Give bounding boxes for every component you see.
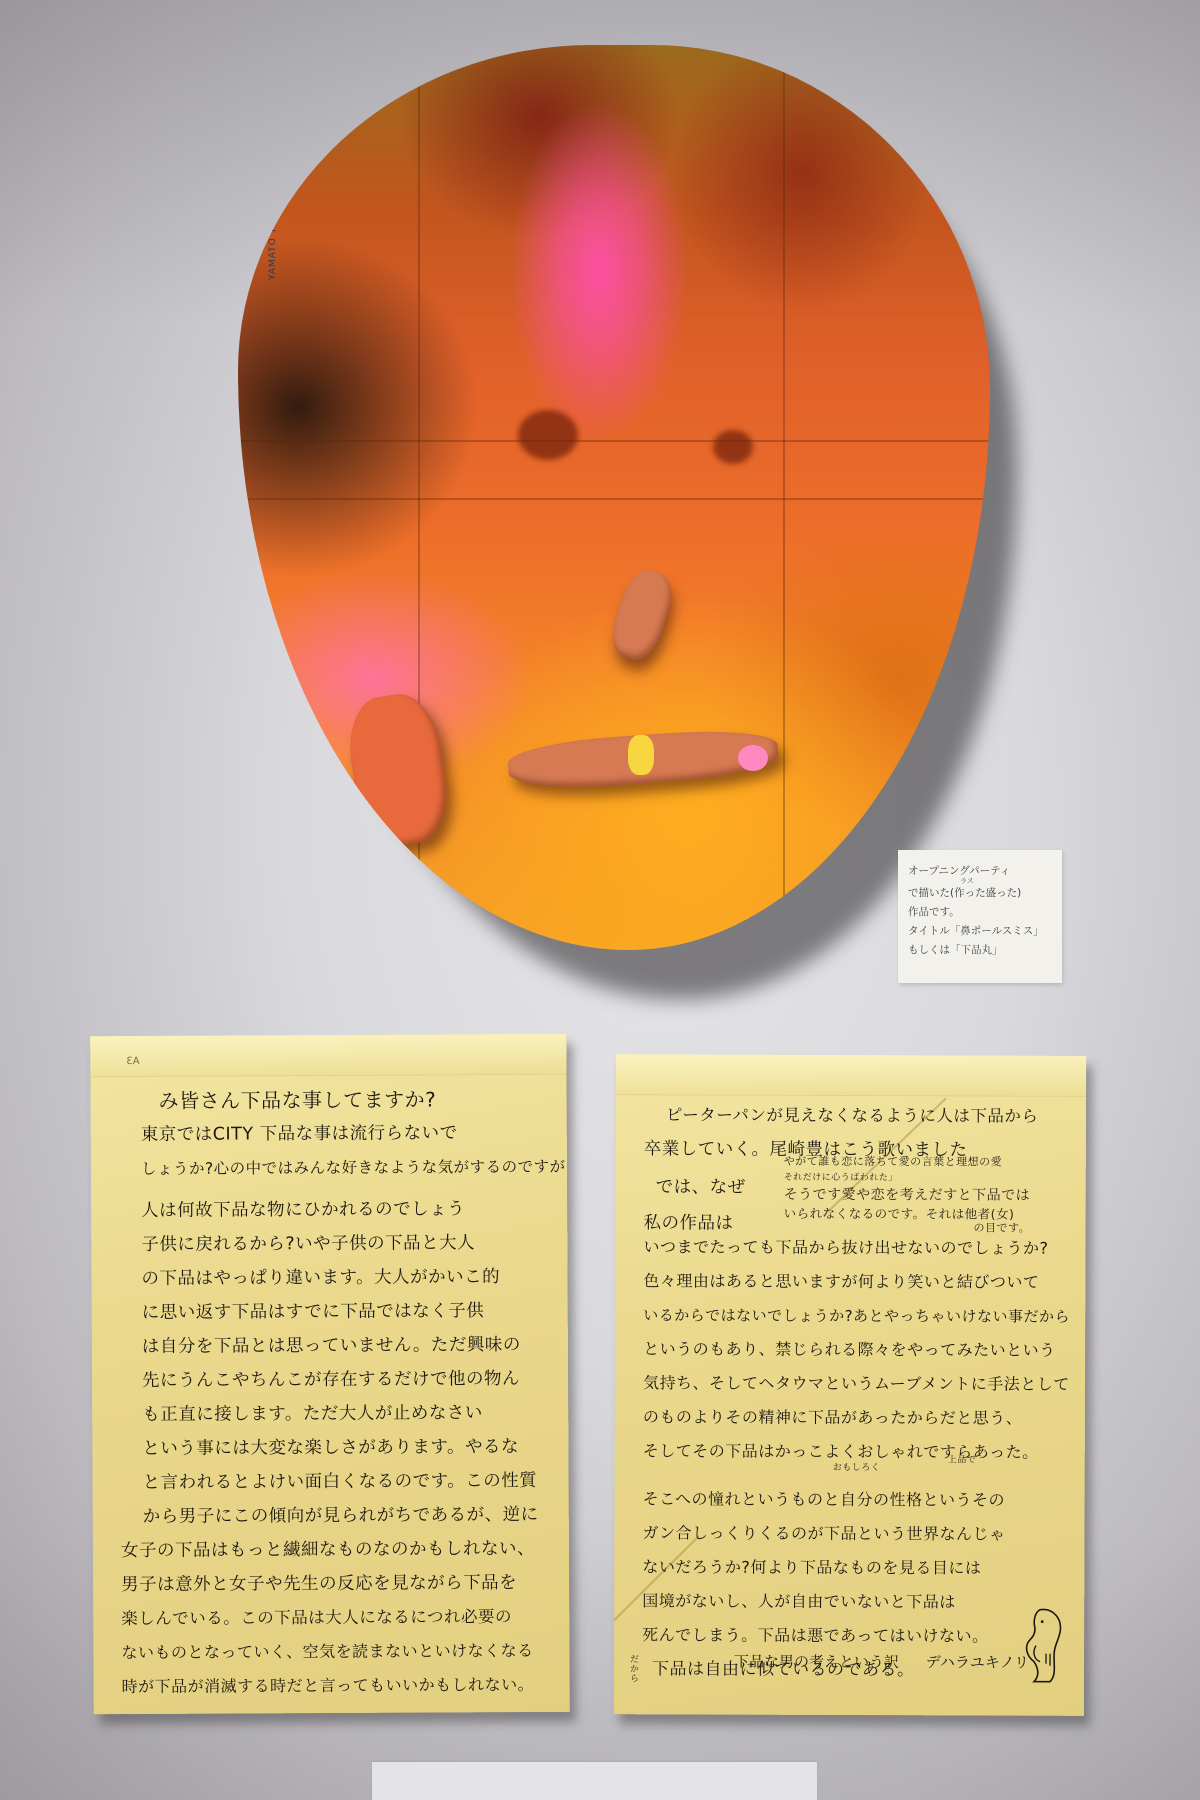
clay-eye-left <box>518 410 578 460</box>
letter-line: 色々理由はあると思いますが何より笑いと結びついて <box>643 1264 1073 1300</box>
letter-line: 男子は意外と女子や先生の反応を見ながら下品を <box>121 1566 555 1602</box>
letter-line: も正直に接します。ただ大人が止めなさい <box>142 1396 554 1432</box>
letter-line: は自分を下品とは思っていません。ただ興味の <box>142 1328 554 1364</box>
letter-line: そこへの憧れというものと自分の性格というその <box>643 1482 1073 1518</box>
letter-line: というのもあり、禁じられる際々をやってみたいという <box>643 1332 1073 1368</box>
letter-line: 先にうんこやちんこが存在するだけで他の物ん <box>142 1362 554 1398</box>
letter-line: 人は何故下品な物にひかれるのでしょう <box>141 1192 553 1228</box>
signature-row: 下品な男の考えという訳 デハラユキノリ <box>734 1649 1029 1676</box>
letter-line: ガン合しっくりくるのが下品という世界なんじゃ <box>642 1516 1072 1552</box>
letter-line: ないだろうか?何より下品なものを見る目には <box>642 1550 1072 1586</box>
letter-line: しょうか?心の中ではみんな好きなような気がするのですが <box>141 1150 553 1186</box>
cardboard-fold <box>238 498 990 500</box>
clay-yellow-accent <box>628 735 654 775</box>
letter-line: 気持ち、そしてヘタウマというムーブメントに手法として <box>643 1366 1073 1402</box>
clay-eye-right <box>713 430 753 464</box>
letter-line: 楽しんでいる。この下品は大人になるにつれ必要の <box>121 1600 555 1636</box>
paper-print-mark: A3 <box>126 1056 139 1067</box>
cardboard-print-label: YAMATO TRANSPORT CO.,LTD. <box>268 121 278 280</box>
letter-line: 東京ではCITY 下品な事は流行らないで <box>141 1116 553 1152</box>
annotation-johin-de: 上品で <box>948 1455 977 1465</box>
letter-line: 女子の下品はもっと繊細なものなのかもしれない、 <box>121 1532 555 1568</box>
letter-block-with-quote: 卒業していく。尾崎豊はこう歌いました では、なぜ 私の作品は やがて誰も恋に落ち… <box>644 1132 1074 1232</box>
cardboard-fold <box>238 440 990 442</box>
self-portrait-doodle-icon <box>1020 1606 1066 1686</box>
quote-line: いられなくなるのです。それは他者(女) <box>784 1207 1015 1222</box>
letter-line: み皆さん下品な事してますか? <box>158 1082 552 1118</box>
letter-left: A3 み皆さん下品な事してますか? 東京ではCITY 下品な事は流行らないで し… <box>90 1034 570 1714</box>
lyric-quote-line: やがて誰も恋に落ちて愛の言葉と理想の愛 <box>784 1157 1002 1168</box>
letter-line: 時が下品が消滅する時だと言ってもいいかもしれない。 <box>122 1668 556 1704</box>
note-line: もしくは「下品丸」 <box>908 941 1054 960</box>
cardboard-fold <box>783 45 785 950</box>
caption-card <box>372 1762 817 1800</box>
letter-line: 子供に戻れるから?いや子供の下品と大人 <box>141 1226 553 1262</box>
note-line: タイトル「鼻ポールスミス」 <box>908 922 1054 941</box>
clay-melted-figure <box>343 689 453 850</box>
letter-line: いつまでたっても下品から抜け出せないのでしょうか? <box>643 1230 1073 1266</box>
letter-line: のものよりその精神に下品があったからだと思う、 <box>643 1400 1073 1436</box>
signature-caption: 下品な男の考えという訳 <box>734 1653 899 1672</box>
clay-dog-figure <box>605 565 678 665</box>
author-name: デハラユキノリ <box>926 1653 1029 1671</box>
annotation-omoshiroku: おもしろく <box>833 1463 881 1473</box>
letter-line: と言われるとよけい面白くなるのです。この性質 <box>142 1464 554 1500</box>
letter-line: 国境がないし、人が自由でいないと下品は <box>642 1584 1072 1620</box>
annotation-dakara: だから <box>628 1654 638 1683</box>
letter-line: という事には大変な楽しさがあります。やるな <box>142 1430 554 1466</box>
letter-line: の下品はやっぱり違います。大人がかいこ的 <box>141 1260 553 1296</box>
letter-line: から男子にこの傾向が見られがちであるが、逆に <box>143 1498 555 1534</box>
note-line: 作品です。 <box>908 903 1054 922</box>
lyric-quote-line: それだけに心うばわれた」 <box>784 1173 898 1183</box>
annotation-row: おもしろく 上品で <box>643 1468 1073 1484</box>
title-note-card: オープニングパーティ ラス で描いた(作った盛った) 作品です。 タイトル「鼻ポ… <box>898 850 1062 983</box>
quote-line: そうです愛や恋を考えだすと下品では <box>784 1187 1031 1204</box>
letter-right: ピーターパンが見えなくなるように人は下品から 卒業していく。尾崎豊はこう歌いまし… <box>614 1054 1086 1716</box>
letter-line: いるからではないでしょうか?あとやっちゃいけない事だから <box>643 1298 1073 1334</box>
letter-line: ないものとなっていく、空気を読まないといけなくなる <box>121 1634 555 1670</box>
letter-line: に思い返す下品はすでに下品ではなく子供 <box>142 1294 554 1330</box>
letter-line: では、なぜ <box>656 1170 746 1204</box>
note-line: で描いた(作った盛った) <box>908 884 1054 903</box>
clay-pink-bow <box>738 745 768 771</box>
letter-line: ピーターパンが見えなくなるように人は下品から <box>666 1098 1074 1133</box>
